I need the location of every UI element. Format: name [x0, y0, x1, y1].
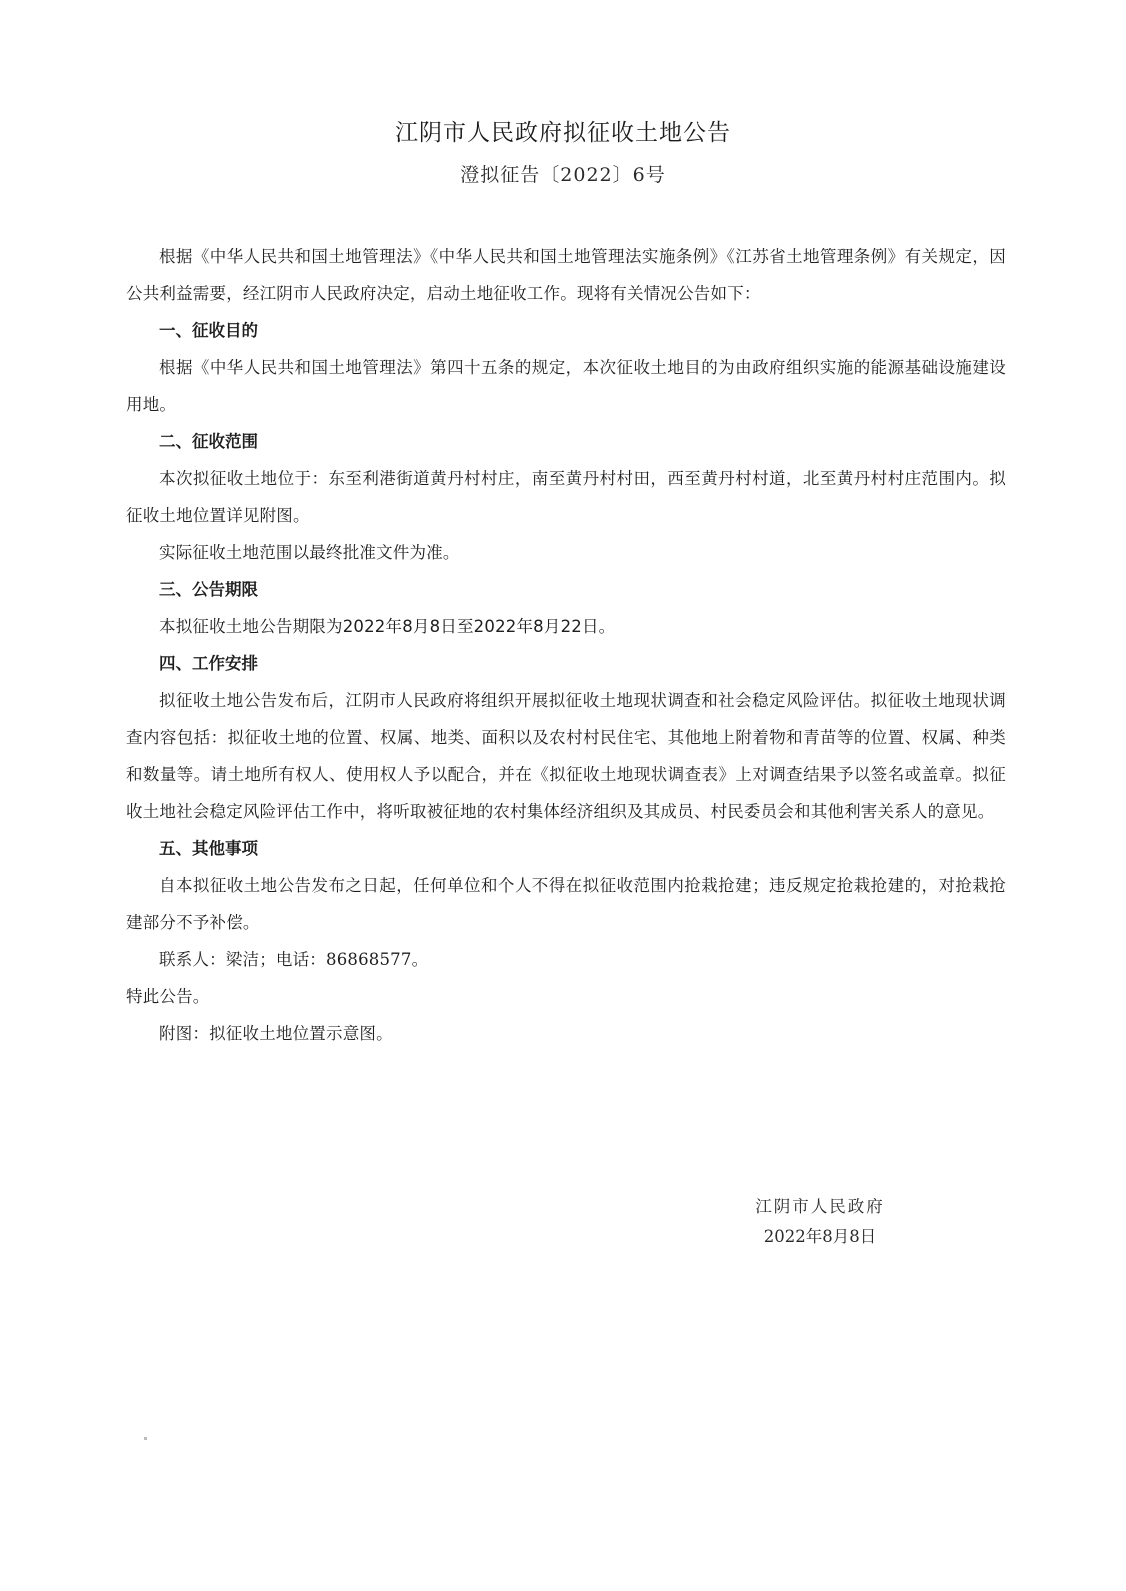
signature-organization: 江阴市人民政府	[720, 1192, 920, 1222]
document-title: 江阴市人民政府拟征收土地公告	[0, 114, 1126, 147]
document-page: 江阴市人民政府拟征收土地公告 澄拟征告〔2022〕6号 根据《中华人民共和国土地…	[0, 0, 1126, 1591]
contact-info: 联系人：梁洁；电话：86868577。	[126, 941, 1006, 978]
section-heading: 三、公告期限	[126, 571, 1006, 608]
section-scope: 二、征收范围 本次拟征收土地位于：东至利港街道黄丹村村庄，南至黄丹村村田，西至黄…	[126, 423, 1006, 571]
section-heading: 五、其他事项	[126, 830, 1006, 867]
signature-block: 江阴市人民政府 2022年8月8日	[720, 1192, 920, 1252]
signature-date: 2022年8月8日	[720, 1222, 920, 1252]
section-paragraph: 本次拟征收土地位于：东至利港街道黄丹村村庄，南至黄丹村村田，西至黄丹村村道，北至…	[126, 460, 1006, 534]
section-heading: 二、征收范围	[126, 423, 1006, 460]
closing-statement: 特此公告。	[126, 978, 1006, 1015]
section-heading: 四、工作安排	[126, 645, 1006, 682]
scan-speck	[144, 1437, 147, 1440]
section-other: 五、其他事项 自本拟征收土地公告发布之日起，任何单位和个人不得在拟征收范围内抢栽…	[126, 830, 1006, 941]
attachment-note: 附图：拟征收土地位置示意图。	[126, 1015, 1006, 1052]
section-period: 三、公告期限 本拟征收土地公告期限为2022年8月8日至2022年8月22日。	[126, 571, 1006, 645]
section-arrangement: 四、工作安排 拟征收土地公告发布后，江阴市人民政府将组织开展拟征收土地现状调查和…	[126, 645, 1006, 830]
document-body: 根据《中华人民共和国土地管理法》《中华人民共和国土地管理法实施条例》《江苏省土地…	[126, 238, 1006, 1052]
intro-paragraph: 根据《中华人民共和国土地管理法》《中华人民共和国土地管理法实施条例》《江苏省土地…	[126, 238, 1006, 312]
section-purpose: 一、征收目的 根据《中华人民共和国土地管理法》第四十五条的规定，本次征收土地目的…	[126, 312, 1006, 423]
document-number: 澄拟征告〔2022〕6号	[0, 160, 1126, 187]
section-paragraph: 根据《中华人民共和国土地管理法》第四十五条的规定，本次征收土地目的为由政府组织实…	[126, 349, 1006, 423]
section-heading: 一、征收目的	[126, 312, 1006, 349]
section-paragraph: 拟征收土地公告发布后，江阴市人民政府将组织开展拟征收土地现状调查和社会稳定风险评…	[126, 682, 1006, 830]
section-paragraph: 自本拟征收土地公告发布之日起，任何单位和个人不得在拟征收范围内抢栽抢建；违反规定…	[126, 867, 1006, 941]
section-paragraph: 实际征收土地范围以最终批准文件为准。	[126, 534, 1006, 571]
section-paragraph: 本拟征收土地公告期限为2022年8月8日至2022年8月22日。	[126, 608, 1006, 645]
